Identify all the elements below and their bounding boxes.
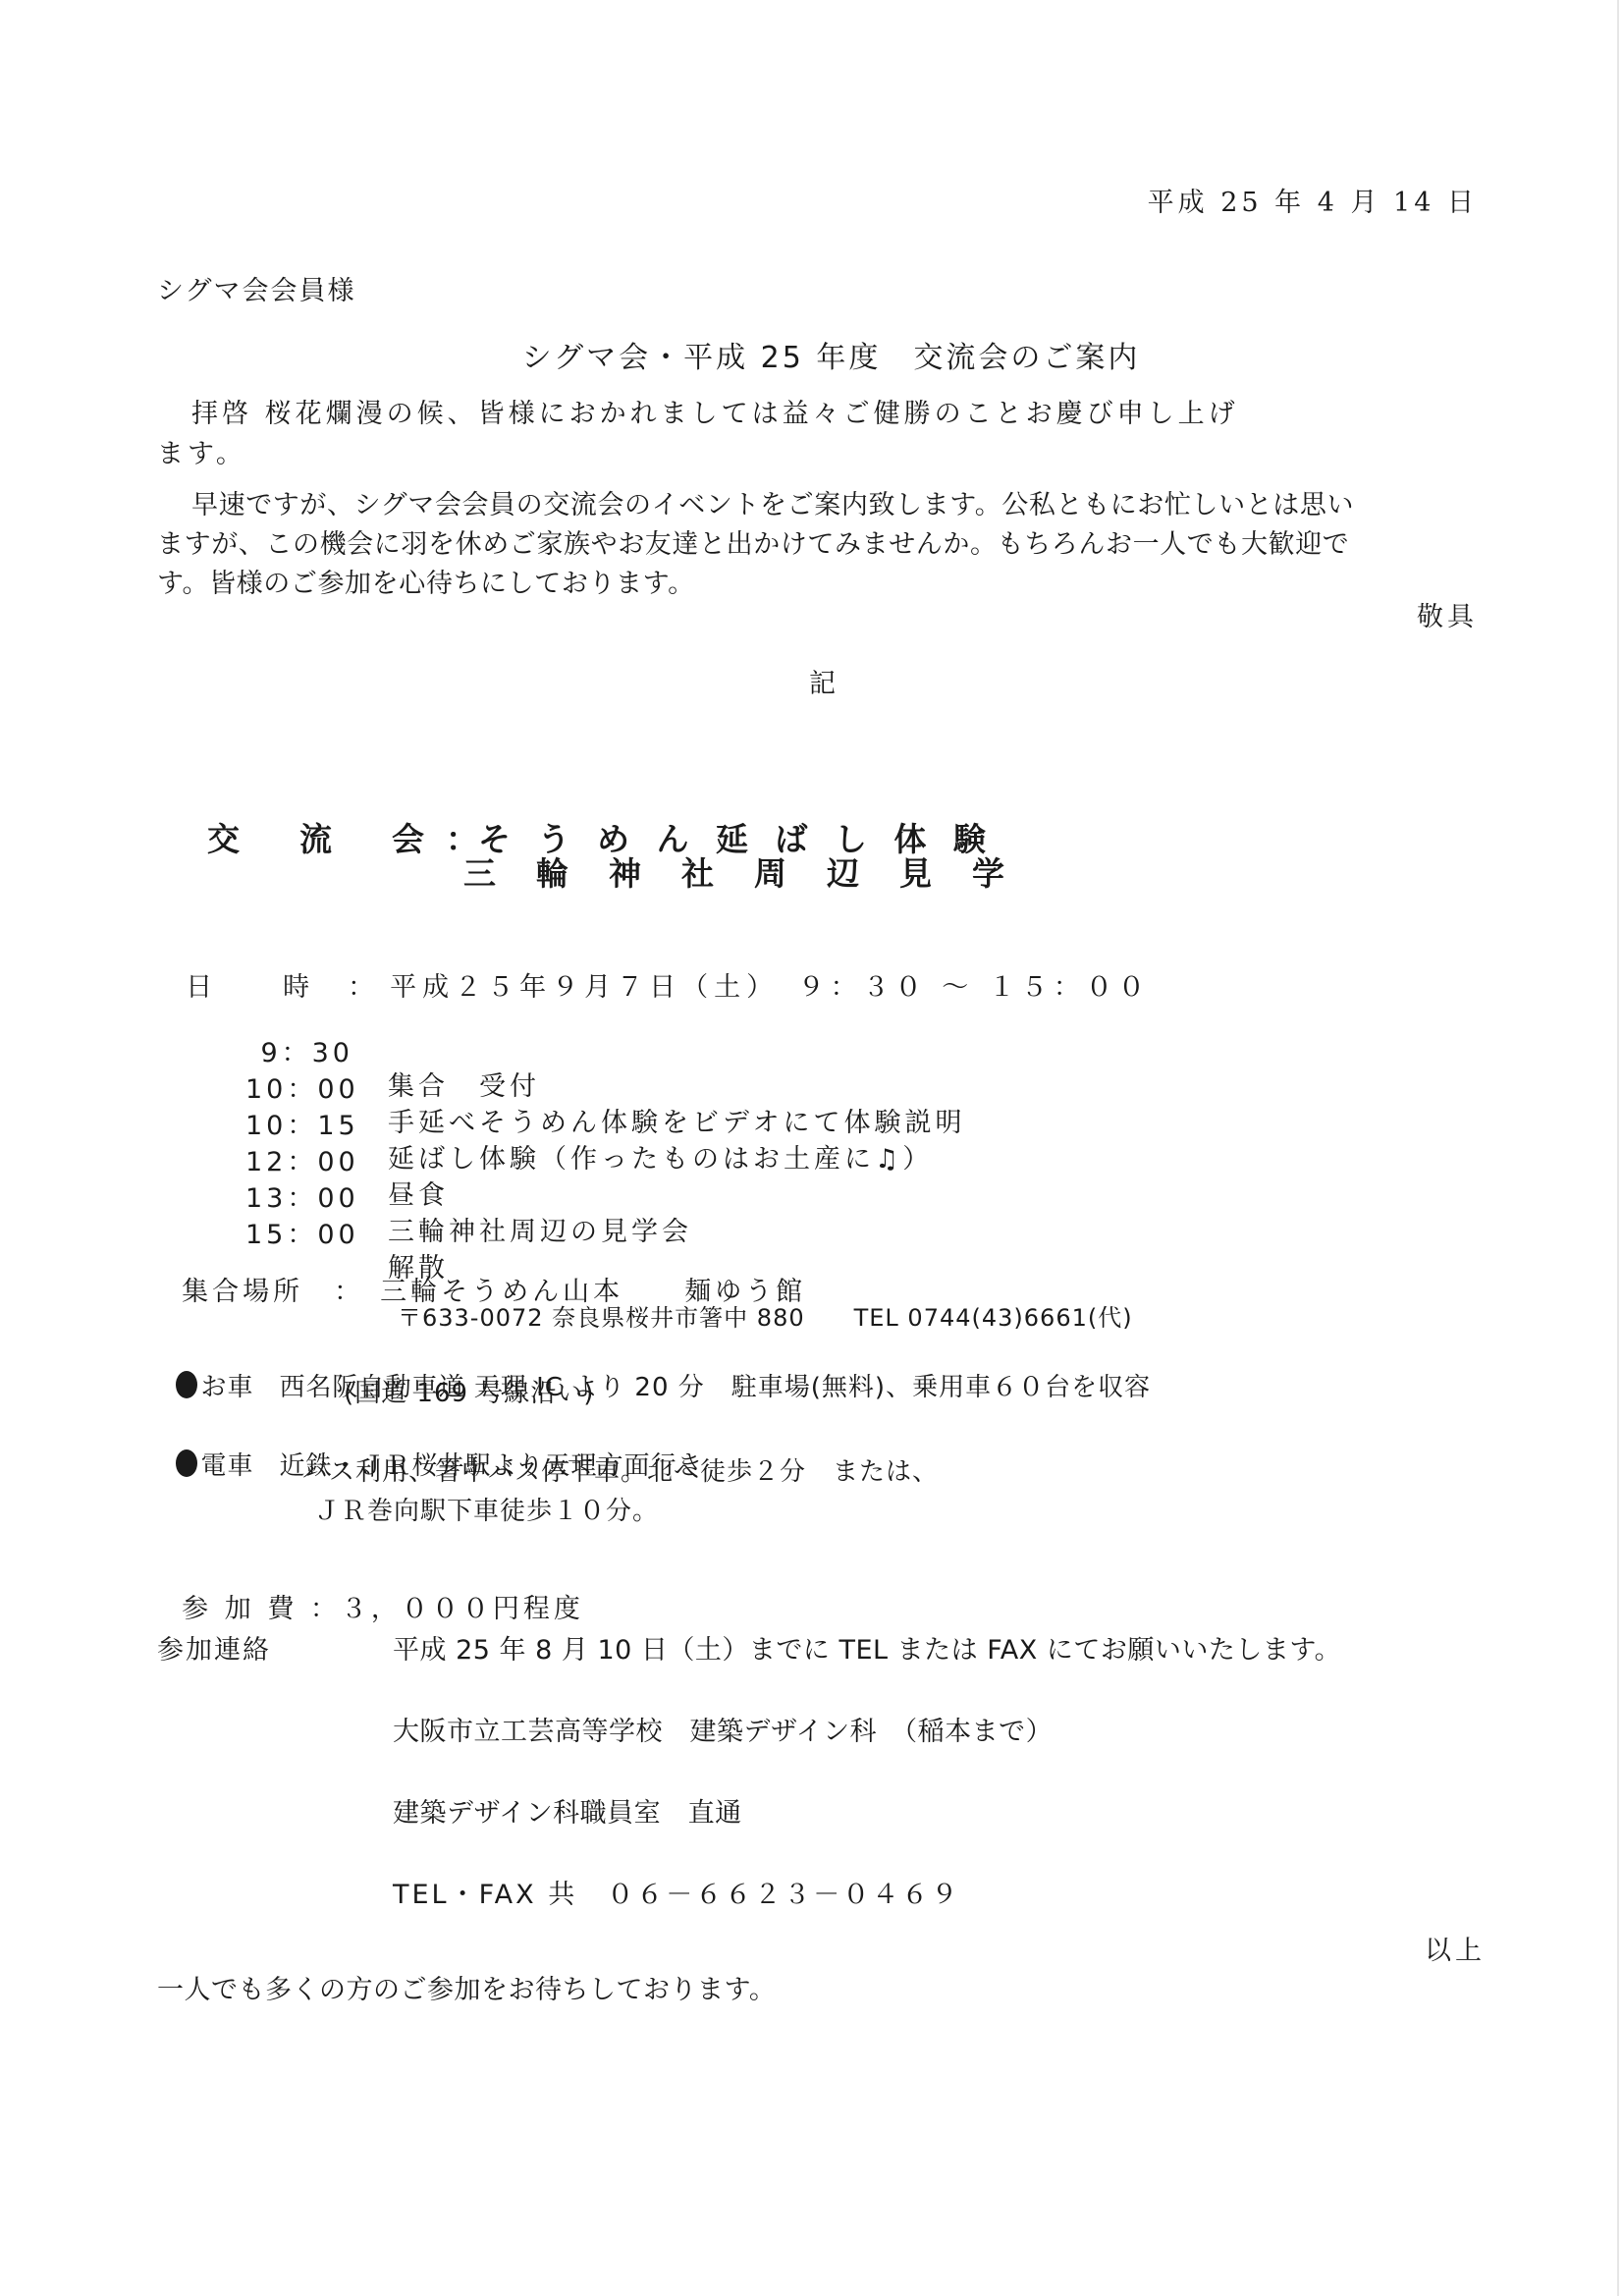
access-train-line-2: バス利用、箸中バス停下車。北へ徒歩２分 または、: [302, 1455, 939, 1489]
schedule-item: 10：15 延ばし体験（作ったものはお土産に♫）: [245, 1076, 1325, 1110]
contact-label: 参加連絡: [157, 1634, 271, 1667]
event-heading-line-1: 交 流 会：そ う め ん 延 ば し 体 験: [157, 781, 994, 859]
venue-row: 集合場所 ：三輪そうめん山本 麺ゆう館: [157, 1242, 806, 1309]
access-car-row: お車西名阪自動車道 天理 IC より 20 分 駐車場(無料)、乗用車６０台を収…: [157, 1338, 1151, 1404]
event-colon: ：: [446, 820, 478, 859]
closing-keigu: 敬具: [1417, 601, 1478, 634]
access-train-line-3: ＪＲ巻向駅下車徒歩１０分。: [314, 1495, 659, 1528]
access-car-line-2: (国道 169 号線沿い): [344, 1377, 594, 1410]
access-car-label: お車: [201, 1373, 254, 1402]
greeting-line-5: す。皆様のご参加を心待ちにしております。: [157, 568, 695, 601]
schedule-item: 9：30 集合 受付: [245, 1004, 1325, 1037]
access-train-label: 電車: [201, 1451, 254, 1481]
greeting-line-1: 拝啓 桜花爛漫の候、皆様におかれましては益々ご健勝のことお慶び申し上げ: [191, 398, 1239, 431]
event-line-2: 三 輪 神 社 周 辺 見 学: [463, 854, 1008, 894]
document-date: 平成 25 年 4 月 14 日: [1148, 187, 1478, 220]
greeting-line-4: ますが、この機会に羽を休めご家族やお友達と出かけてみませんか。もちろんお一人でも…: [157, 528, 1349, 562]
fee-value: ３，０００円程度: [341, 1594, 584, 1624]
schedule-item: 10：00 手延べそうめん体験をビデオにて体験説明: [245, 1040, 1325, 1073]
schedule-item: 13：00 三輪神社周辺の見学会: [245, 1149, 1325, 1182]
greeting-line-3: 早速ですが、シグマ会会員の交流会のイベントをご案内致します。公私ともにお忙しいと…: [191, 489, 1354, 522]
addressee: シグマ会会員様: [157, 275, 355, 308]
contact-line-1: 平成 25 年 8 月 10 日（土）までに TEL または FAX にてお願い…: [393, 1634, 1341, 1667]
event-line-1: そ う め ん 延 ば し 体 験: [478, 820, 994, 859]
footer-message: 一人でも多くの方のご参加をお待ちしております。: [157, 1974, 776, 2007]
venue-address: 〒633-0072 奈良県桜井市箸中 880 TEL 0744(43)6661(…: [398, 1301, 1133, 1335]
fee-label: 参 加 費 ：: [182, 1594, 341, 1624]
datetime-value: 平成２５年９月７日（土） ９：３０ ～ １５：００: [390, 972, 1151, 1003]
schedule-item: 12：00 昼食: [245, 1113, 1325, 1146]
ki-marker: 記: [809, 668, 839, 701]
contact-line-3: 建築デザイン科職員室 直通: [393, 1797, 742, 1831]
bullet-icon: [176, 1449, 197, 1477]
document-title: シグマ会・平成 25 年度 交流会のご案内: [0, 342, 1623, 375]
fee-row: 参 加 費 ：３，０００円程度: [157, 1559, 584, 1626]
schedule-item: 15：00 解散: [245, 1185, 1325, 1219]
end-mark: 以上: [1425, 1935, 1486, 1968]
greeting-line-2: ます。: [157, 438, 246, 471]
datetime-row: 日 時 ：平成２５年９月７日（土） ９：３０ ～ １５：００: [157, 938, 1151, 1005]
bullet-icon: [176, 1371, 197, 1398]
venue-label: 集合場所 ：: [182, 1277, 364, 1307]
contact-phone: TEL・FAX 共 ０６－６６２３－０４６９: [393, 1879, 960, 1912]
event-label: 交 流 会: [207, 820, 438, 859]
contact-line-2: 大阪市立工芸高等学校 建築デザイン科 （稲本まで）: [393, 1716, 1053, 1749]
datetime-label: 日 時 ：: [186, 972, 380, 1003]
